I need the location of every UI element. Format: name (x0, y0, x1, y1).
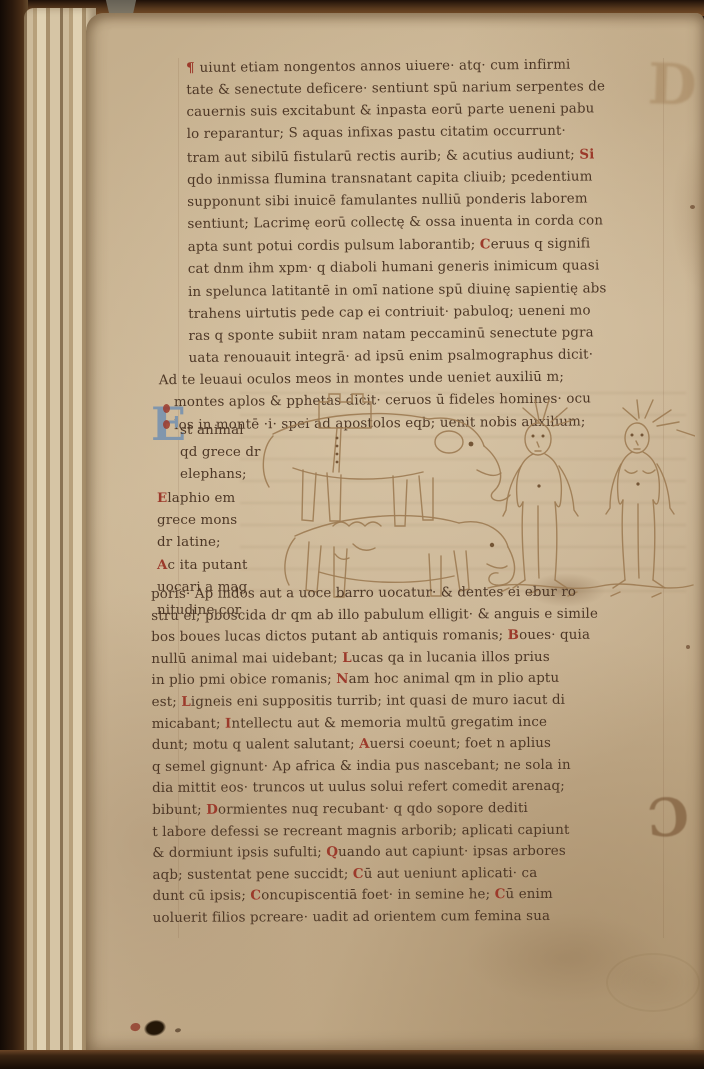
text-line: in plio pmi obice romanis; Nam hoc anima… (151, 668, 667, 692)
text-segment: uoluerit filios pcreare· uadit ad orient… (153, 909, 550, 926)
text-line: poris· Ap indos aut a uoce barro uocatur… (151, 581, 667, 605)
rubric-letter: Q (326, 844, 338, 860)
rubric-letter: Si (579, 146, 594, 162)
text-line: sentiunt; Lacrimę eorū collectę & ossa i… (187, 210, 669, 236)
text-line: t labore defessi se recreant magnis arbo… (152, 819, 668, 843)
text-segment: cauernis suis excitabunt & inpasta eorū … (186, 102, 594, 121)
text-line: in spelunca latitantē in omī natione spū… (188, 277, 670, 303)
text-segment: dunt cū ipsis; (153, 889, 251, 905)
text-line: uoluerit filios pcreare· uadit ad orient… (153, 905, 669, 929)
text-segment: sentiunt; Lacrimę eorū collectę & ossa i… (187, 213, 603, 232)
text-segment: & dormiunt ipsis sufulti; (152, 845, 326, 861)
text-segment: t labore defessi se recreant magnis arbo… (152, 822, 569, 839)
text-segment: qdo inmissa flumina transnatant capita c… (187, 169, 593, 188)
text-line: micabant; Intellectu aut & memoria multū… (152, 711, 668, 735)
text-segment: oues· quia (519, 628, 590, 643)
rubric-letter: N (336, 671, 348, 687)
text-segment: in plio pmi obice romanis; (151, 672, 336, 688)
bestiary-drawing (233, 386, 695, 600)
text-segment: nullū animal mai uidebant; (151, 651, 342, 667)
rubric-letter: L (342, 650, 352, 666)
text-segment: ū aut ueniunt aplicati· ca (364, 866, 538, 882)
manuscript-photo: D Ɔ ¶ uiunt etiam nongentos annos uiuere… (0, 0, 704, 1069)
text-segment: stru el; pboscida dr qm ab illo pabulum … (151, 606, 598, 623)
adam-figure-drawing (503, 400, 578, 588)
text-segment: uando aut capiunt· ipsas arbores (338, 844, 566, 860)
text-segment: apta sunt potui cordis pulsum laborantib… (188, 238, 480, 256)
text-line: dunt cū ipsis; Concupiscentiā foet· in s… (153, 884, 669, 908)
text-line: nullū animal mai uidebant; Lucas qa in l… (151, 646, 667, 670)
text-line: tate & senectute deficere· sentiunt spū … (186, 76, 668, 102)
text-segment: supponunt sibi inuicē famulantes nulliū … (187, 191, 588, 209)
text-line: aqb; sustentat pene succidt; Cū aut ueni… (152, 862, 668, 886)
text-segment: est; (152, 695, 182, 710)
ring-stain (606, 953, 700, 1012)
text-segment: grece mons (157, 513, 237, 528)
rubric-letter: A (359, 736, 370, 752)
text-segment: lo reparantur; S aquas infixas pastu cit… (187, 124, 566, 142)
text-segment: oncupiscentiā foet· in semine he; (261, 888, 495, 904)
text-segment: uata renouauit integrā· ad ipsū enim psa… (189, 347, 594, 366)
main-text-lower: poris· Ap indos aut a uoce barro uocatur… (151, 581, 669, 929)
rubric-letter: D (206, 802, 218, 818)
text-line: stru el; pboscida dr qm ab illo pabulum … (151, 603, 667, 627)
howdah-drawing (319, 394, 371, 472)
speck (690, 205, 695, 209)
text-segment: am hoc animal qm in plio aptu (349, 671, 560, 687)
initial-pen-dot (163, 404, 170, 413)
text-segment: ucas qa in lucania illos prius (352, 650, 550, 666)
rubric-letter: C (495, 886, 506, 902)
rubric-letter: L (181, 694, 191, 710)
stain (671, 133, 704, 293)
text-segment: laphio em (167, 491, 235, 506)
text-segment: uiunt etiam nongentos annos uiuere· atq·… (200, 58, 571, 76)
eve-figure-drawing (606, 400, 695, 588)
text-segment: tate & senectute deficere· sentiunt spū … (186, 80, 605, 99)
text-segment: q semel gignunt· Ap africa & india pus n… (152, 758, 571, 775)
rubric-letter: E (157, 490, 167, 506)
text-segment: in spelunca latitantē in omī natione spū… (188, 281, 607, 300)
elephant-upper-drawing (263, 414, 510, 526)
text-line: dunt; motu q ualent salutant; Auersi coe… (152, 732, 668, 756)
rubric-letter: B (508, 627, 520, 643)
text-segment: tram aut sibilū fistularū rectis aurib; … (187, 147, 580, 165)
text-segment: dunt; motu q ualent salutant; (152, 737, 359, 753)
main-text-upper: ¶ uiunt etiam nongentos annos uiuere· at… (186, 53, 671, 437)
text-segment: poris· Ap indos aut a uoce barro uocatur… (151, 585, 576, 602)
rubric-letter: ¶ (186, 60, 200, 76)
rubric-letter: C (353, 866, 364, 882)
text-line: bos boues lucas dictos putant ab antiqui… (151, 624, 667, 648)
text-line: q semel gignunt· Ap africa & india pus n… (152, 754, 668, 778)
text-segment: dia mittit eos· truncos ut uulus solui r… (152, 779, 565, 796)
text-segment: dr latine; (157, 535, 221, 550)
text-segment: ras q sponte subiit nram natam peccaminū… (188, 325, 593, 344)
text-line: est; Ligneis eni suppositis turrib; int … (152, 689, 668, 713)
text-segment: ormientes nuq recubant· q qdo sopore ded… (218, 801, 528, 818)
rubric-letter: C (480, 237, 491, 253)
rubric-letter: A (157, 557, 168, 573)
text-segment: bibunt; (152, 803, 206, 818)
book-cover-bottom-edge (0, 1050, 704, 1069)
text-segment: ū enim (505, 887, 552, 902)
rubric-letter: C (250, 888, 261, 904)
text-segment: trahens uirtutis pede cap ei contriuit· … (188, 303, 591, 322)
text-segment: bos boues lucas dictos putant ab antiqui… (151, 628, 507, 645)
text-line: bibunt; Dormientes nuq recubant· q qdo s… (152, 797, 668, 821)
text-segment: igneis eni suppositis turrib; int quasi … (191, 693, 565, 710)
text-segment: aqb; sustentat pene succidt; (152, 867, 352, 883)
text-line: & dormiunt ipsis sufulti; Quando aut cap… (152, 840, 668, 864)
text-segment: uersi coeunt; foet n aplius (370, 736, 551, 752)
text-segment: eruus q signifi (491, 237, 591, 253)
text-line: dia mittit eos· truncos ut uulus solui r… (152, 776, 668, 800)
speck (686, 645, 690, 649)
text-segment: micabant; (152, 716, 225, 731)
text-segment: cat dnm ihm xpm· q diaboli humani generi… (188, 259, 600, 278)
text-segment: ntellectu aut & memoria multū gregatim i… (231, 714, 547, 731)
